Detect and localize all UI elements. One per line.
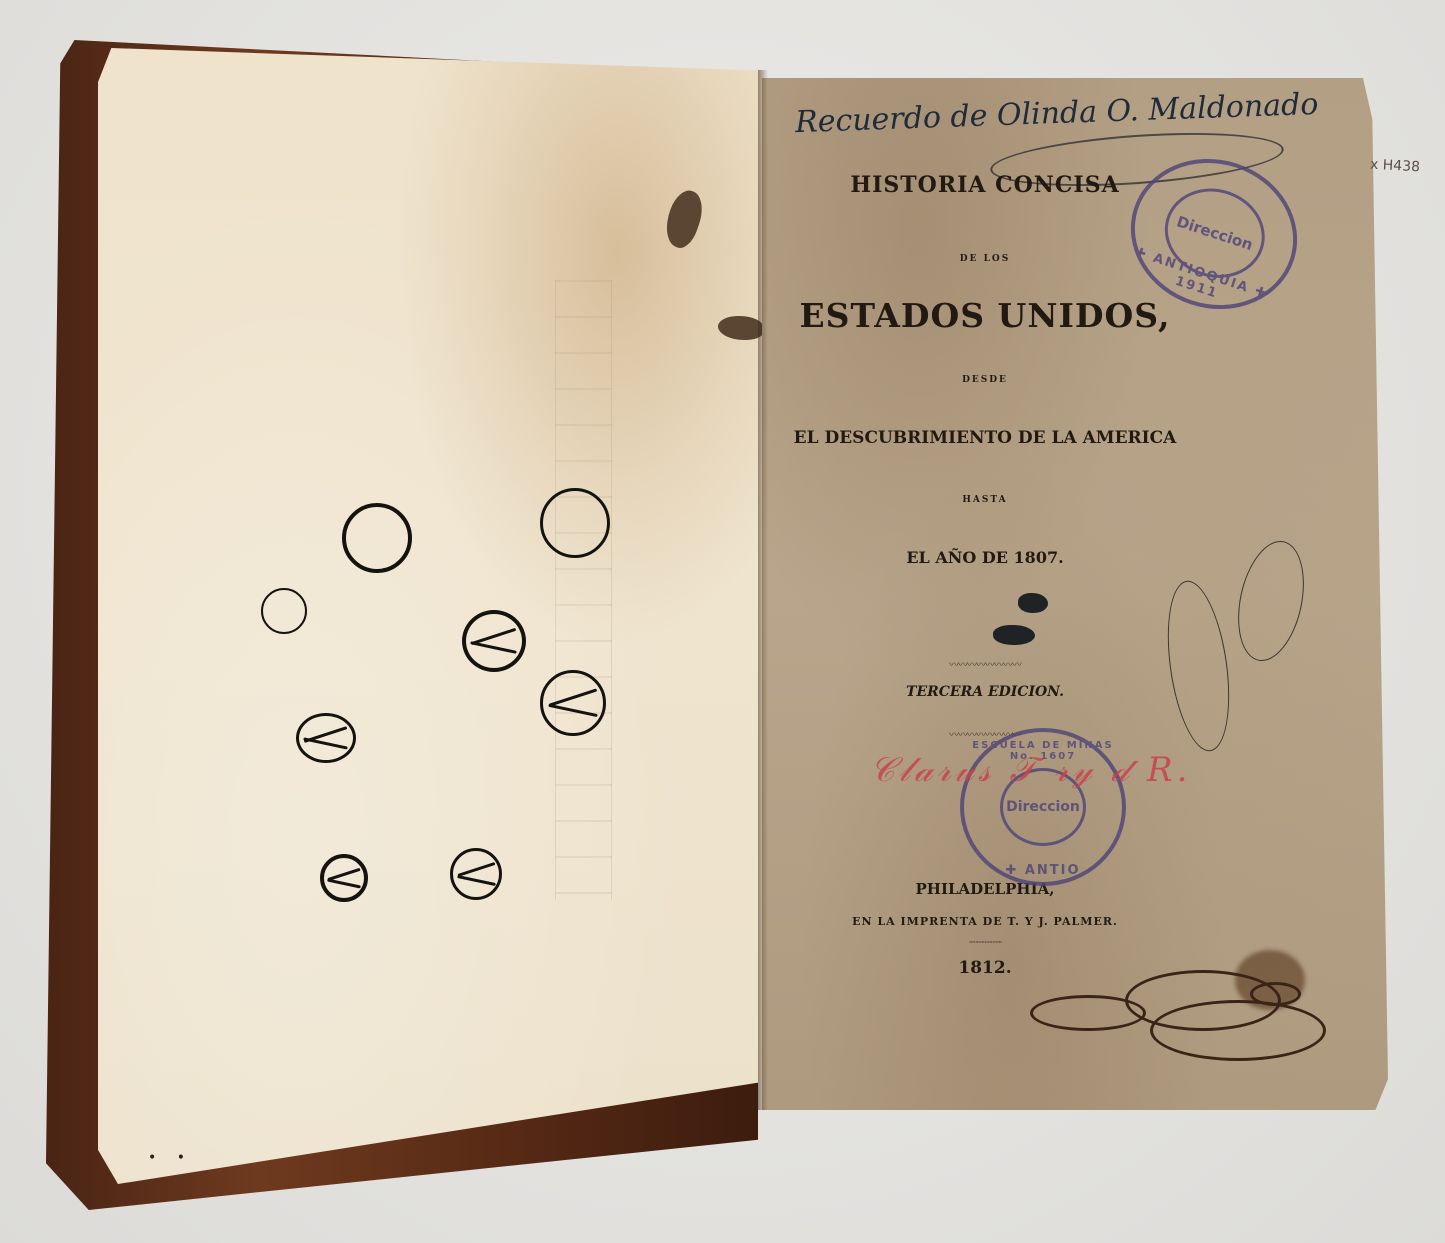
- brown-signature-loop: [1150, 1000, 1326, 1061]
- ink-circle-mark: [342, 503, 412, 573]
- ink-circle-mark: [261, 588, 307, 634]
- shelfmark: x H438: [1370, 157, 1421, 176]
- ink-blot: [993, 625, 1035, 645]
- left-endpaper: [98, 48, 764, 1184]
- red-ink-signature: 𝒞𝓁𝒶𝓇𝓊𝓈 𝒯 𝓇𝓎 𝒹 𝑅.: [870, 750, 1330, 790]
- title-line-desde: DESDE: [672, 375, 1298, 385]
- title-line-ano: EL AÑO DE 1807.: [672, 548, 1298, 567]
- title-line-descubrimiento: EL DESCUBRIMIENTO DE LA AMERICA: [672, 428, 1298, 448]
- brown-signature-loop: [1250, 982, 1301, 1006]
- ink-scribble-mark: [296, 713, 356, 763]
- book-photo: • • Recuerdo de Olinda O. Maldonado x H4…: [0, 0, 1445, 1243]
- paper-watermark: [555, 280, 612, 900]
- stamp-ring-bottom-text: ✚ ANTIO: [964, 863, 1122, 878]
- imprint-place: PHILADELPHIA,: [672, 880, 1298, 898]
- ink-scribble-mark: [462, 610, 526, 672]
- ink-circle-mark: [540, 488, 610, 558]
- book-gutter: [758, 70, 768, 1110]
- ink-blot: [1018, 593, 1048, 613]
- dotted-rule: ·····················: [672, 938, 1298, 947]
- imprint-printer: EN LA IMPRENTA DE T. Y J. PALMER.: [672, 915, 1298, 928]
- ink-scribble-mark: [540, 670, 606, 736]
- title-line-hasta: HASTA: [672, 495, 1298, 505]
- ink-dots: • •: [148, 1150, 193, 1166]
- ink-scribble-mark: [320, 854, 368, 902]
- ink-scribble-mark: [450, 848, 502, 900]
